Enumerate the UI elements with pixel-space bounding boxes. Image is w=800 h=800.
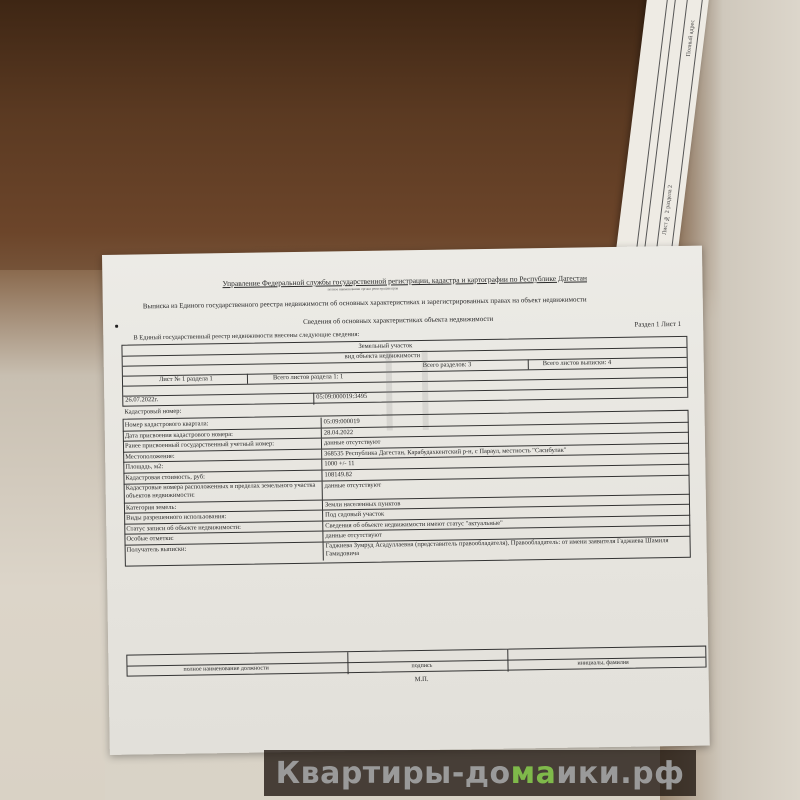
- total-sheets: Всего листов выписки: 4: [543, 359, 612, 368]
- watermark-text-1: Квартиры-до: [276, 756, 511, 791]
- agency-subcaption: полное наименование органа регистрации п…: [328, 286, 399, 291]
- cadastral-number-label: Кадастровый номер:: [124, 408, 181, 417]
- section-sheet-label: Раздел 1 Лист 1: [634, 320, 681, 329]
- agency-name: Управление Федеральной службы государств…: [222, 273, 587, 288]
- document-sheet: Управление Федеральной службы государств…: [102, 246, 710, 755]
- background-blur-left: [0, 270, 105, 800]
- name-caption: инициалы, фамилия: [577, 659, 628, 668]
- cadastral-number-value: 05:09:000019:3495: [316, 393, 367, 402]
- site-watermark: Квартиры-до ма ики.рф: [264, 750, 696, 796]
- position-caption: полное наименование должности: [183, 664, 268, 673]
- watermark-text-2: ики.рф: [556, 756, 684, 791]
- stamp-label: М.П.: [415, 676, 429, 683]
- signature-table: полное наименование должности подпись ин…: [126, 646, 706, 677]
- signature-caption: подпись: [411, 662, 432, 670]
- document-date: 26.07.2022г.: [125, 396, 158, 405]
- intro-text: В Единый государственный реестр недвижим…: [133, 331, 359, 342]
- extract-title: Выписка из Единого государственного реес…: [143, 295, 587, 310]
- punch-mark: [115, 325, 118, 328]
- total-sections: Всего разделов: 3: [423, 361, 472, 370]
- sheet-label: Лист № 1 раздела 1: [159, 375, 213, 384]
- sheets-in-section: Всего листов раздела 1: 1: [273, 373, 343, 382]
- section-title: Сведения об основных характеристиках объ…: [303, 315, 493, 326]
- house-logo-icon: ма: [511, 756, 557, 791]
- characteristics-rows: Номер кадастрового квартала:05:09:000019…: [123, 412, 691, 564]
